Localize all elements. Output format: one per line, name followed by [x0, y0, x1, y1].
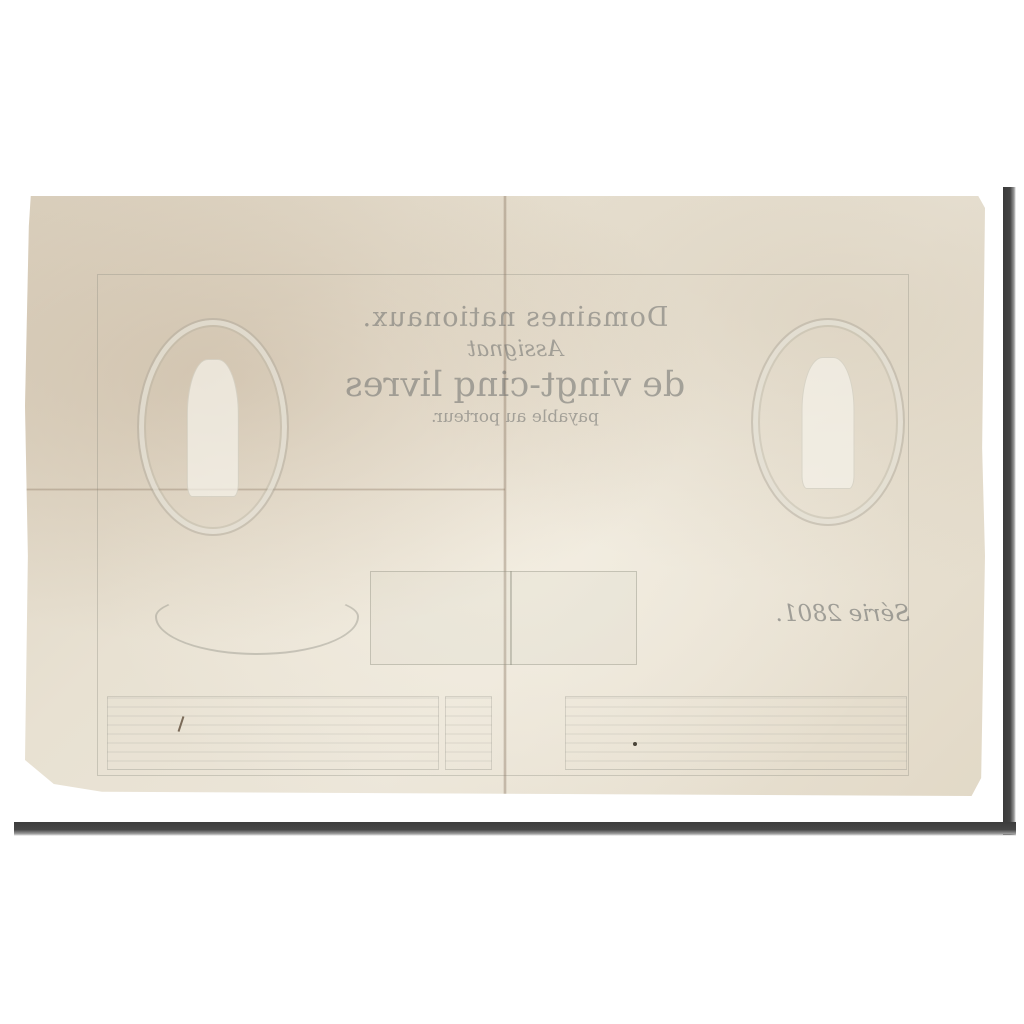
bottom-panel-left — [107, 696, 439, 770]
allegorical-figure-icon — [187, 359, 239, 498]
text-line-assignat: Assignat — [280, 335, 750, 365]
bottom-panel-right — [565, 696, 907, 770]
left-oval-vignette — [137, 318, 289, 536]
bottom-panel-center — [445, 696, 492, 770]
allegorical-figure-icon — [802, 357, 855, 490]
mirrored-denomination-text: Domaines nationaux. Assignat de vingt-ci… — [280, 301, 750, 429]
stamp-box-left — [370, 571, 512, 665]
right-oval-vignette — [751, 318, 905, 526]
drop-shadow-bottom — [14, 822, 1016, 836]
text-line-value: de vingt-cinq livres — [280, 365, 750, 405]
stamp-box-right — [510, 571, 637, 665]
ink-dot — [633, 742, 637, 746]
banknote: Domaines nationaux. Assignat de vingt-ci… — [25, 196, 985, 796]
vertical-fold-line — [503, 196, 507, 796]
series-number: Série 2801. — [680, 601, 910, 627]
text-line-payable: payable au porteur. — [280, 405, 750, 429]
drop-shadow-right — [1003, 187, 1016, 835]
text-line-domaines: Domaines nationaux. — [280, 301, 750, 335]
